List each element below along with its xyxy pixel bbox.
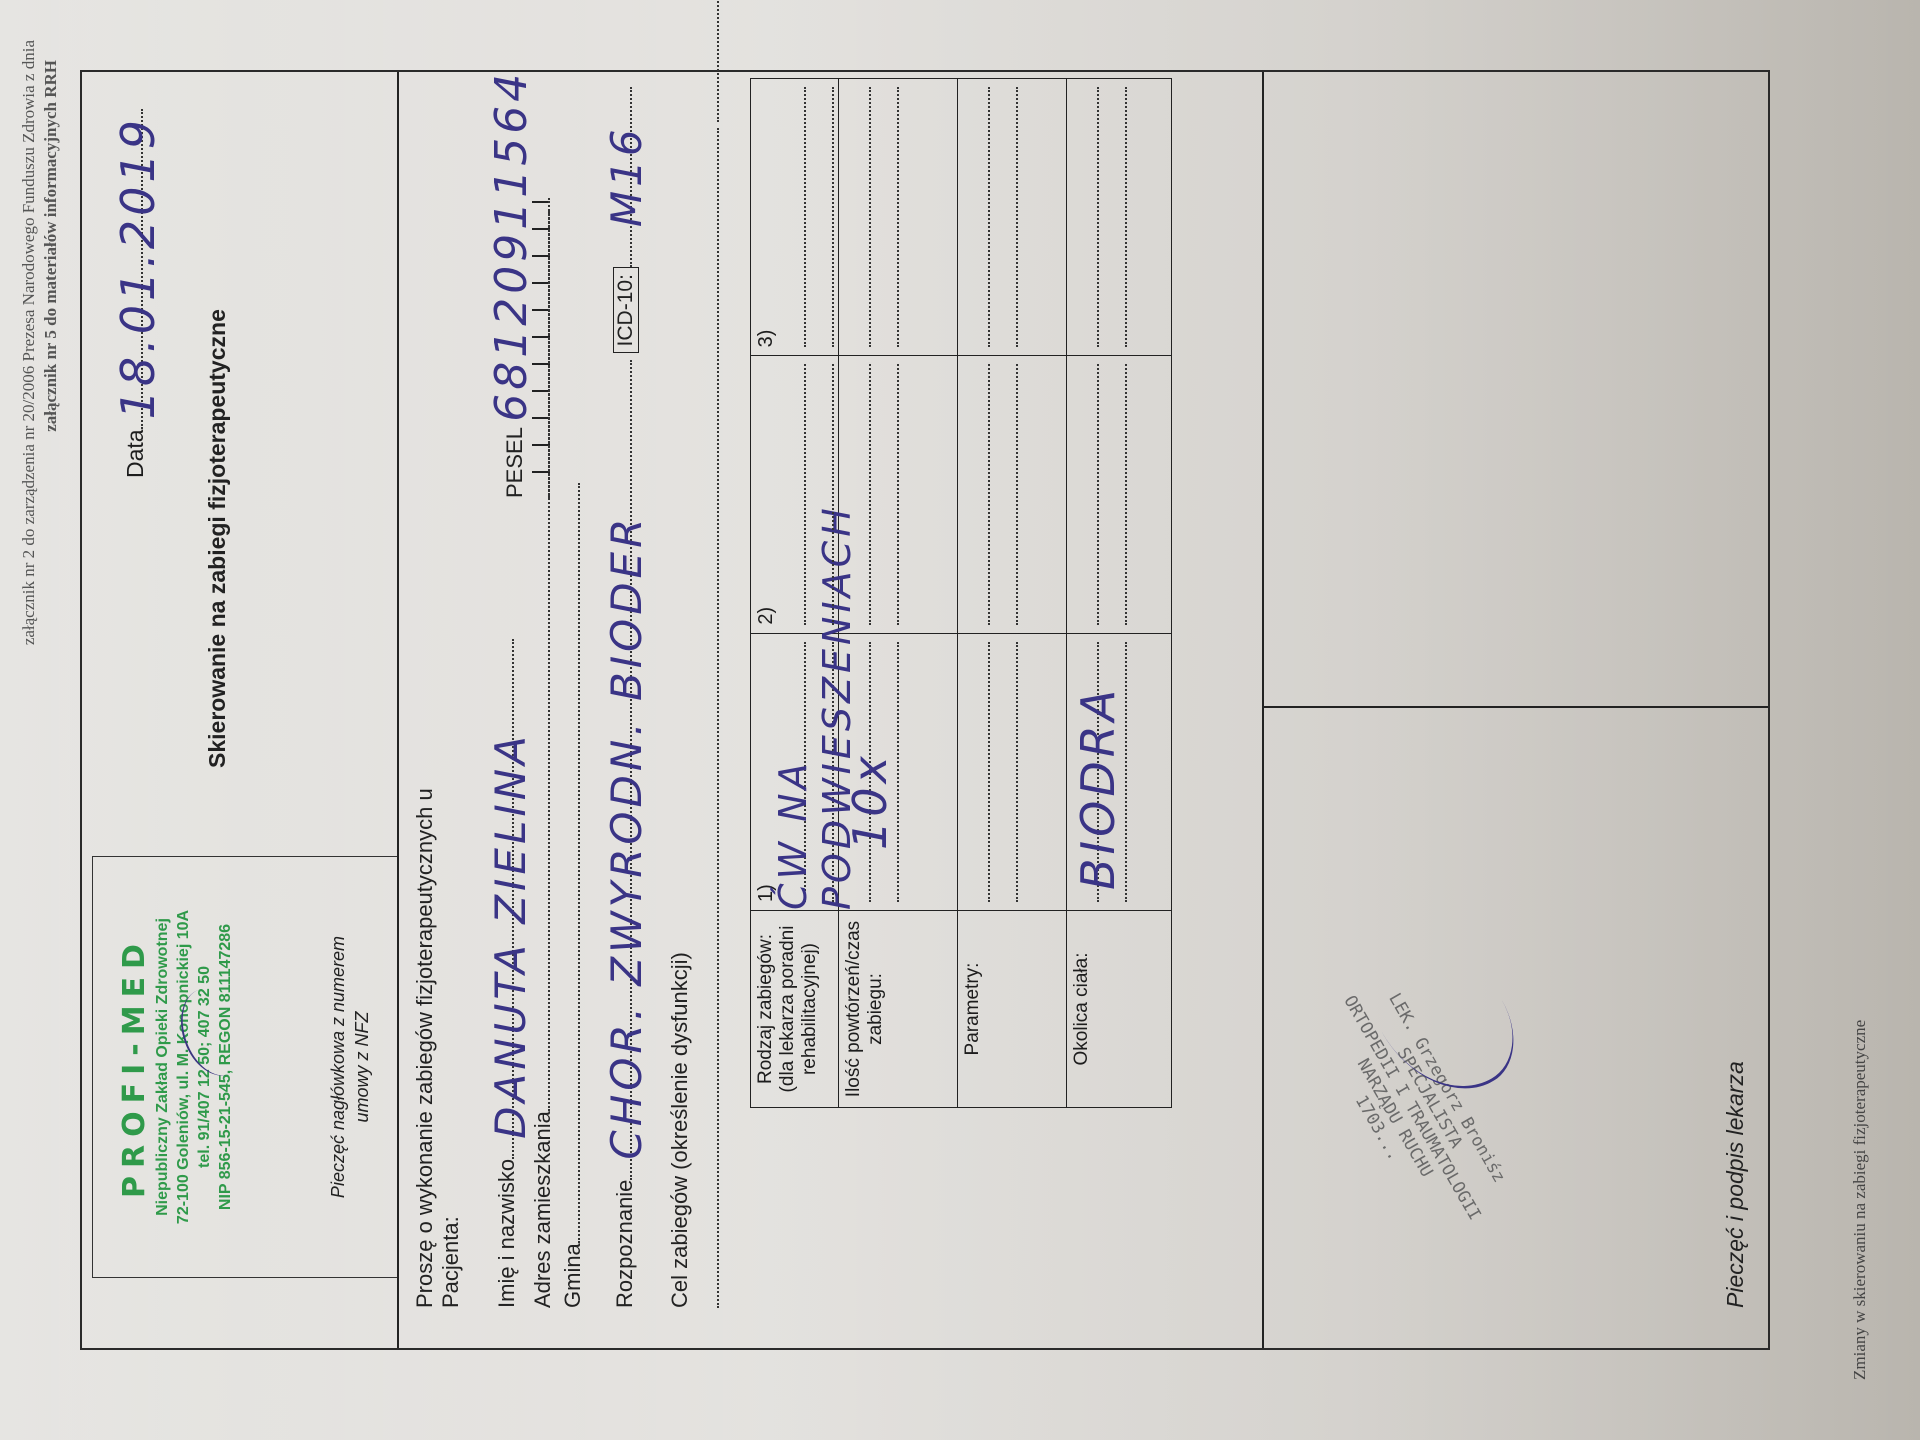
count-cell-3[interactable]: [839, 79, 958, 356]
date-label: Data: [122, 429, 148, 478]
diagnosis-dots: CHOR. ZWYRODN. BIODER: [630, 360, 632, 1180]
treatment-table: Rodzaj zabiegów: (dla lekarza poradni re…: [750, 78, 1172, 1108]
referral-form: załącznik nr 2 do zarządzenia nr 20/2006…: [0, 0, 1920, 1440]
stamp-caption-1: Pieczęć nagłówkowa z numerem: [326, 857, 350, 1277]
count-cell-2[interactable]: [839, 356, 958, 633]
diagnosis-field[interactable]: RozpoznanieCHOR. ZWYRODN. BIODER ICD-10:…: [612, 87, 639, 1308]
table-row: Rodzaj zabiegów: (dla lekarza poradni re…: [751, 79, 839, 1108]
form-frame: PROFI-MED Niepubliczny Zakład Opieki Zdr…: [80, 70, 1770, 1350]
area-label: Okolica ciała:: [1067, 911, 1172, 1108]
header-divider: [397, 72, 399, 1348]
type-dots-3b: [806, 87, 834, 347]
goal-label: Cel zabiegów (określenie dysfunkcji): [667, 0, 693, 1308]
count-dots-3b: [871, 87, 899, 347]
col-num-2: 2): [755, 607, 777, 625]
params-dots-2: [962, 364, 990, 624]
type-dots-2: [778, 364, 806, 624]
icd-value: M16: [602, 125, 651, 227]
count-dots-3: [843, 87, 871, 347]
table-row: Okolica ciała: BIODRA: [1067, 79, 1172, 1108]
area-dots-3: [1071, 87, 1099, 347]
goal-dots-1: [703, 128, 719, 1308]
clinic-name: Niepubliczny Zakład Opieki Zdrowotnej: [152, 857, 173, 1277]
request-text-2: Pacjenta:: [438, 788, 464, 1308]
type-label: Rodzaj zabiegów: (dla lekarza poradni re…: [751, 911, 839, 1108]
type-dots-2b: [806, 364, 834, 624]
col-num-3: 3): [755, 330, 777, 348]
type-cell-3[interactable]: 3): [751, 79, 839, 356]
date-dots: 18.01.2019: [141, 109, 143, 429]
request-text: Proszę o wykonanie zabiegów fizjoterapeu…: [412, 788, 464, 1308]
address-dots: [548, 211, 550, 1111]
params-dots-3: [962, 87, 990, 347]
name-dots: DANUTA ZIELINA: [512, 639, 514, 1159]
signature-divider: [1262, 72, 1264, 1348]
header-stamp-box: PROFI-MED Niepubliczny Zakład Opieki Zdr…: [92, 856, 399, 1278]
form-title: Skierowanie na zabiegi fizjoterapeutyczn…: [204, 309, 231, 768]
goal-field[interactable]: Cel zabiegów (określenie dysfunkcji): [667, 0, 725, 1308]
goal-dots-2: [693, 0, 719, 122]
date-field[interactable]: Data18.01.2019: [122, 109, 149, 478]
count-label: Ilość powtórzeń/czas zabiegu:: [839, 911, 958, 1108]
count-dots-2b: [871, 364, 899, 624]
signature-column-divider: [1262, 707, 1768, 709]
request-text-1: Proszę o wykonanie zabiegów fizjoterapeu…: [412, 788, 438, 1308]
area-dots-3b: [1099, 87, 1127, 347]
area-dots-2b: [1099, 364, 1127, 624]
address-field[interactable]: Adres zamieszkania: [530, 211, 556, 1308]
icd-dots: M16: [630, 87, 632, 267]
gmina-label: Gmina: [560, 1243, 585, 1308]
patient-name-field[interactable]: Imię i nazwiskoDANUTA ZIELINA: [494, 639, 520, 1308]
icd-label: ICD-10:: [614, 274, 637, 346]
table-row: Ilość powtórzeń/czas zabiegu: 10x: [839, 79, 958, 1108]
area-dots-2: [1071, 364, 1099, 624]
annex-line-1: załącznik nr 2 do zarządzenia nr 20/2006…: [18, 40, 40, 1440]
address-label: Adres zamieszkania: [530, 1111, 555, 1308]
gmina-field[interactable]: Gmina: [560, 483, 586, 1308]
params-label: Parametry:: [958, 911, 1067, 1108]
params-cell-2[interactable]: [958, 356, 1067, 633]
area-value-1: BIODRA: [1071, 686, 1125, 890]
params-dots-1: [962, 642, 990, 902]
type-cell-2[interactable]: 2): [751, 356, 839, 633]
gmina-dots: [578, 483, 580, 1243]
area-cell-3[interactable]: [1067, 79, 1172, 356]
stamp-caption-2: umowy z NFZ: [350, 857, 374, 1277]
count-value-1: 10x: [843, 752, 897, 850]
clinic-brand: PROFI-MED: [117, 857, 152, 1277]
diagnosis-value: CHOR. ZWYRODN. BIODER: [602, 515, 651, 1160]
name-label: Imię i nazwisko: [494, 1159, 519, 1308]
date-value: 18.01.2019: [111, 116, 165, 419]
clinic-address: 72-100 Goleniów, ul. M. Konopnickiej 10A: [173, 857, 194, 1277]
diagnosis-label: Rozpoznanie: [612, 1180, 637, 1308]
annex-line-2: załącznik nr 5 do materiałów informacyjn…: [40, 40, 62, 1440]
params-dots-1b: [990, 642, 1018, 902]
changes-note: Zmiany w skierowaniu na zabiegi fizjoter…: [1850, 1020, 1870, 1380]
count-cell-1[interactable]: 10x: [839, 633, 958, 910]
icd-box: ICD-10:: [613, 267, 639, 353]
params-dots-2b: [990, 364, 1018, 624]
params-dots-3b: [990, 87, 1018, 347]
patient-name-value: DANUTA ZIELINA: [486, 732, 535, 1139]
params-cell-3[interactable]: [958, 79, 1067, 356]
table-row: Parametry:: [958, 79, 1067, 1108]
params-cell-1[interactable]: [958, 633, 1067, 910]
stamp-caption: Pieczęć nagłówkowa z numerem umowy z NFZ: [326, 857, 374, 1277]
count-dots-2: [843, 364, 871, 624]
area-cell-1[interactable]: BIODRA: [1067, 633, 1172, 910]
type-cell-1[interactable]: 1)ĆW NA PODWIESZENIACH: [751, 633, 839, 910]
type-dots-3: [778, 87, 806, 347]
annex-header: załącznik nr 2 do zarządzenia nr 20/2006…: [18, 40, 62, 1440]
pesel-label: PESEL: [502, 428, 527, 498]
signature-label: Pieczęć i podpis lekarza: [1722, 1061, 1749, 1308]
area-cell-2[interactable]: [1067, 356, 1172, 633]
pesel-field[interactable]: PESEL 68120911564: [482, 70, 533, 498]
